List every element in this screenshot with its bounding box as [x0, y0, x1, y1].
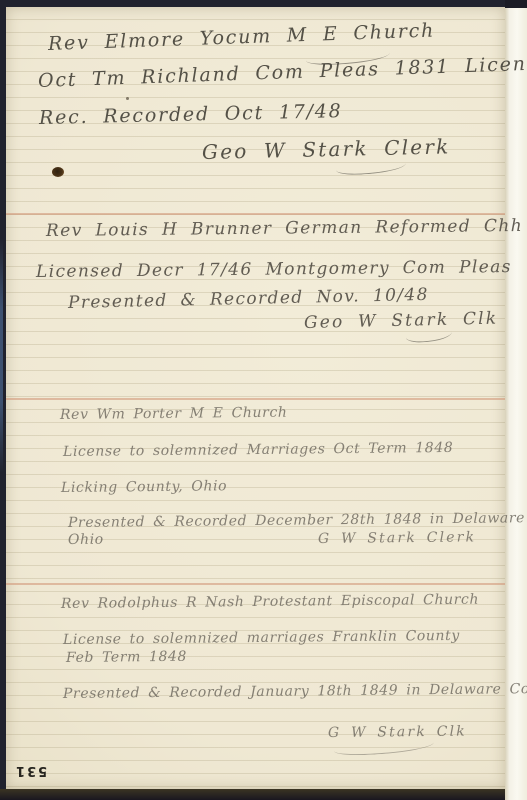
entry4-line2: License to solemnized marriages Franklin… — [63, 628, 460, 648]
pen-flourish — [336, 161, 406, 176]
entry1-line2: Oct Tm Richland Com Pleas 1831 Licensed — [38, 52, 527, 92]
binding-edge-highlight — [0, 238, 3, 473]
next-page-fore-edge — [505, 0, 527, 800]
board-top-edge — [505, 0, 527, 8]
entry4-clerk-signature: G W Stark Clk — [328, 724, 467, 741]
ink-blot — [52, 167, 64, 177]
pen-flourish — [334, 740, 434, 756]
entry3-line2: License to solemnized Marriages Oct Term… — [63, 440, 453, 460]
pen-flourish — [406, 330, 453, 343]
entry3-clerk-signature: G W Stark Clerk — [318, 529, 476, 547]
entry4-line1: Rev Rodolphus R Nash Protestant Episcopa… — [61, 592, 479, 612]
ruled-separator — [6, 398, 505, 400]
board-bottom-edge — [0, 789, 505, 800]
ruled-separator — [6, 583, 505, 585]
ledger-page: Rev Elmore Yocum M E Church Oct Tm Richl… — [6, 7, 505, 789]
page-number: 531 — [14, 763, 47, 778]
entry3-line5: Ohio — [68, 532, 104, 548]
ink-speck — [126, 97, 129, 100]
entry4-line4: Presented & Recorded January 18th 1849 i… — [63, 681, 527, 702]
entry3-line4: Presented & Recorded December 28th 1848 … — [68, 510, 527, 531]
entry1-line1: Rev Elmore Yocum M E Church — [48, 19, 436, 55]
entry2-line2: Licensed Decr 17/46 Montgomery Com Pleas — [36, 257, 512, 282]
entry1-line3: Rec. Recorded Oct 17/48 — [39, 100, 343, 129]
entry1-clerk-signature: Geo W Stark Clerk — [202, 134, 451, 164]
entry3-line1: Rev Wm Porter M E Church — [60, 405, 288, 423]
ledger-scan: Rev Elmore Yocum M E Church Oct Tm Richl… — [0, 0, 527, 800]
entry2-line3: Presented & Recorded Nov. 10/48 — [68, 285, 429, 313]
entry3-line3: Licking County, Ohio — [61, 478, 227, 496]
entry4-line3: Feb Term 1848 — [66, 649, 187, 666]
entry2-line1: Rev Louis H Brunner German Reformed Chh — [46, 216, 523, 241]
ruled-separator — [6, 213, 505, 215]
entry2-clerk-signature: Geo W Stark Clk — [304, 309, 499, 333]
